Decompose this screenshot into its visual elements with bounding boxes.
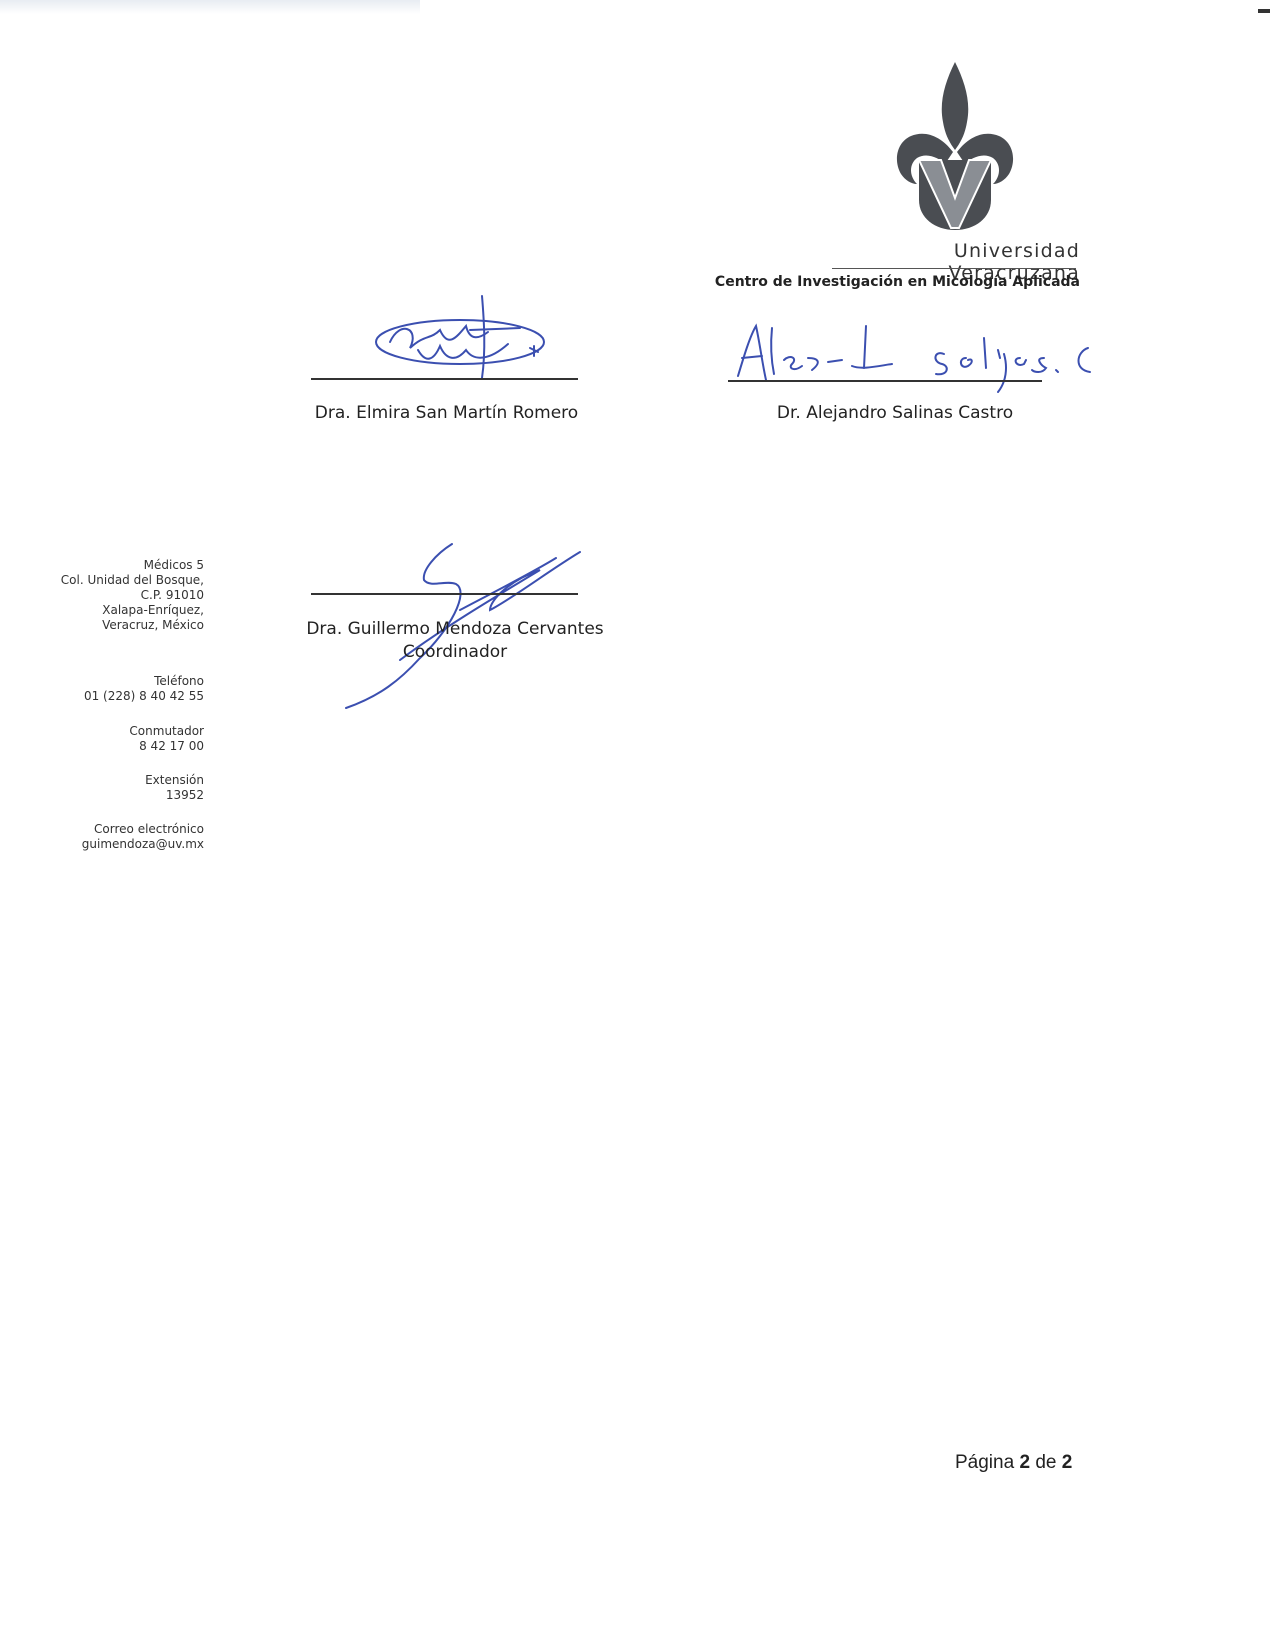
scan-edge-shading — [0, 0, 420, 14]
email: Correo electrónico guimendoza@uv.mx — [40, 822, 204, 852]
address-line: Xalapa-Enríquez, — [40, 603, 204, 618]
address-line: Veracruz, México — [40, 618, 204, 633]
email-value[interactable]: guimendoza@uv.mx — [40, 837, 204, 852]
signature-line — [728, 380, 1042, 382]
university-logo-icon — [895, 60, 1015, 232]
switchboard-label: Conmutador — [40, 724, 204, 739]
extension-value: 13952 — [40, 788, 204, 803]
page-prefix: Página — [955, 1452, 1014, 1473]
signatory-title: Coordinador — [300, 642, 610, 662]
page-separator: de — [1035, 1452, 1056, 1473]
signatory-name: Dra. Guillermo Mendoza Cervantes — [300, 619, 610, 639]
institution-underline — [832, 268, 1076, 269]
scan-mark — [1258, 9, 1270, 13]
department-name: Centro de Investigación en Micología Apl… — [700, 274, 1080, 290]
page-total: 2 — [1062, 1452, 1073, 1473]
phone-value: 01 (228) 8 40 42 55 — [40, 689, 204, 704]
page-current: 2 — [1019, 1452, 1030, 1473]
address-line: Col. Unidad del Bosque, — [40, 573, 204, 588]
handwritten-signature-1 — [370, 290, 560, 380]
signatory-name: Dr. Alejandro Salinas Castro — [770, 403, 1020, 423]
address-line: Médicos 5 — [40, 558, 204, 573]
extension-label: Extensión — [40, 773, 204, 788]
email-label: Correo electrónico — [40, 822, 204, 837]
switchboard: Conmutador 8 42 17 00 — [40, 724, 204, 754]
address-line: C.P. 91010 — [40, 588, 204, 603]
signature-line — [311, 378, 578, 380]
phone: Teléfono 01 (228) 8 40 42 55 — [40, 674, 204, 704]
phone-label: Teléfono — [40, 674, 204, 689]
extension: Extensión 13952 — [40, 773, 204, 803]
signatory-name: Dra. Elmira San Martín Romero — [311, 403, 582, 423]
handwritten-signature-2 — [728, 318, 1118, 393]
switchboard-value: 8 42 17 00 — [40, 739, 204, 754]
page-number: Página 2 de 2 — [955, 1452, 1072, 1474]
address: Médicos 5 Col. Unidad del Bosque, C.P. 9… — [40, 558, 204, 633]
signature-line — [311, 593, 578, 595]
